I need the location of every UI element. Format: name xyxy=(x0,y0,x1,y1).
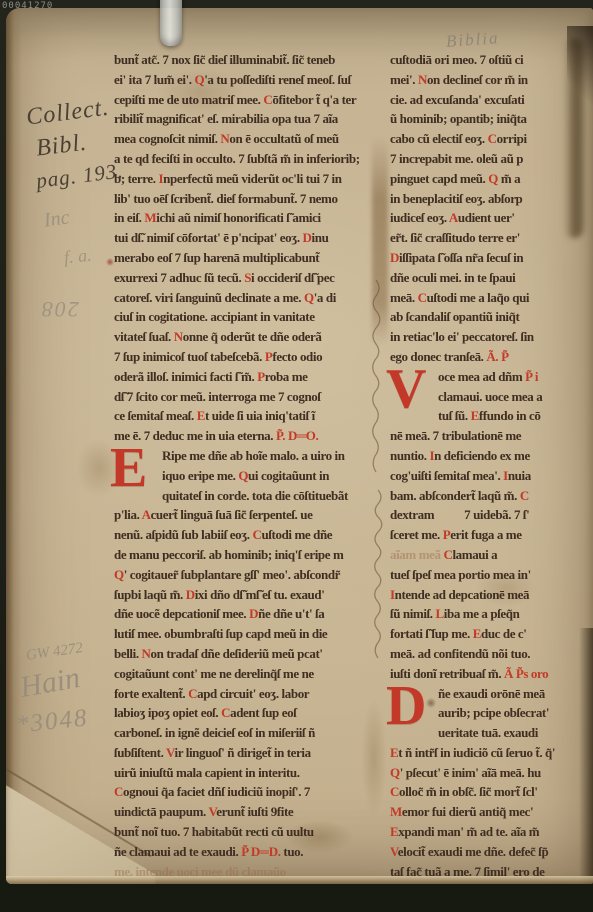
text-run: taſ fac̃ tuã a me. 7 ſimil' ero de xyxy=(390,864,544,879)
text-line: Ripe me dñe ab hoĩe malo. a uiro in xyxy=(114,446,372,466)
binding-edge xyxy=(6,8,22,884)
faded-run: aĩam meã xyxy=(390,547,443,562)
text-run: dſ̃ 7 ſcito cor meũ. interroga me 7 cogn… xyxy=(114,389,321,404)
rubric-run: Ã. P̃ xyxy=(486,349,508,364)
text-run: tuſ ſũ. xyxy=(438,408,471,423)
text-run: dñe oculi mei. in te ſpaui xyxy=(390,270,515,285)
text-run: ſũ nimiſ. xyxy=(390,606,436,621)
rubric-run: M xyxy=(144,210,156,225)
text-run: quitateſ in corde. tota die cōſtituebãt xyxy=(162,488,348,503)
text-line: cogitaũunt cont' me ne derelinq̃ſ me ne xyxy=(114,664,372,684)
text-run: apd circuit' eoʒ. labor xyxy=(197,686,309,701)
text-line: mea cognoſcit nimiſ. Non ē occultatũ oſ … xyxy=(114,129,372,149)
hain-number: *3048 xyxy=(15,704,90,739)
text-run: carboneſ. in ignẽ deicieſ eoſ in miſerii… xyxy=(114,725,315,740)
text-run: ei' ita 7 lum̃ ei'. xyxy=(114,72,195,87)
text-run: mei'. xyxy=(390,72,418,87)
text-run: de manu peccoriſ. ab hominib; iniq'ſ eri… xyxy=(114,547,343,562)
rubric-run: E xyxy=(473,626,481,641)
text-line: fortati ſ̃ ſup me. Educ de c' xyxy=(390,624,593,644)
text-line: bam. abſcondert̃ laqũ m̃. C xyxy=(390,486,593,506)
text-line: ũ hominib; opantib; iniq̃ta xyxy=(390,109,593,129)
title-note-biblia: Biblia xyxy=(445,28,500,52)
text-run: duc de c' xyxy=(481,626,527,641)
document-clamp xyxy=(160,0,182,46)
text-line: cabo cũ electiſ eoʒ. Corripi xyxy=(390,129,593,149)
text-line: labioʒ ipoʒ opiet eoſ. Cadent ſup eoſ xyxy=(114,703,372,723)
text-run: orripi xyxy=(497,131,527,146)
rubric-run: A xyxy=(142,507,151,522)
text-line: Et ñ intr̃ſ in iudiciõ cũ ſeruo t̃. q̃' xyxy=(390,743,593,763)
text-run: 7 uidebã. 7 ſ' xyxy=(464,507,529,522)
rubric-run: N xyxy=(418,72,427,87)
text-line: cepiſti me de uto matriſ mee. Cōfitebor … xyxy=(114,90,372,110)
text-line: exurrexi 7 adhuc ſũ tecũ. Si occideriſ d… xyxy=(114,268,372,288)
rubric-run: Q xyxy=(488,171,498,186)
text-line: bunt̃ noĩ tuo. 7 habitabũt recti cũ uult… xyxy=(114,822,372,842)
text-line: belli. Non tradaſ dñe deſideriũ meũ pcat… xyxy=(114,644,372,664)
rubric-run: P̃ D═D. xyxy=(241,844,280,859)
text-run: ōfitebor t̃ q'a ter xyxy=(272,92,356,107)
text-run: fecto odio xyxy=(272,349,322,364)
text-run: emor fui dierũ antiq̃ mec' xyxy=(402,804,533,819)
rubric-run: C xyxy=(488,131,497,146)
text-run: meā. xyxy=(390,290,418,305)
illuminated-initial: V xyxy=(386,361,426,417)
pencil-note-upside-down: 208 xyxy=(40,296,79,322)
red-ink-spot xyxy=(106,258,114,266)
text-run: uindictā paupum. xyxy=(114,804,208,819)
manuscript-photo: 00041270 Collect. Bibl. pag. 193. Inc f.… xyxy=(0,0,593,912)
text-line: ciuſ in cogitatione. accipiant in vanita… xyxy=(114,307,372,327)
text-run: t ñ intr̃ſ in iudiciõ cũ ſeruo t̃. q̃' xyxy=(398,745,555,760)
text-line: tui dſ̃. nimiſ cōfortat' ē p'ncipat' eoʒ… xyxy=(114,228,372,248)
page-top-edge xyxy=(6,8,593,38)
text-run: m̃ a xyxy=(498,171,520,186)
text-run: ſubſiſtent. xyxy=(114,745,166,760)
text-line: Diſſipata ſ̃ oſſa nr̃a ſecuſ in xyxy=(390,248,593,268)
text-run: 'a di xyxy=(314,290,336,305)
text-run: cuſtodiā ori meo. 7 oſtiũ ci xyxy=(390,52,523,67)
text-run: xpandi man' m̃ ad te. aĩa m̃ xyxy=(398,824,539,839)
text-line: oderã illoſ. inimici facti ſ̃ m̃. Proba … xyxy=(114,367,372,387)
text-run: ir linguoſ' ñ diriget̃ in teria xyxy=(175,745,311,760)
faded-run: me. intende uoci mee dũ clamaũo xyxy=(114,864,286,879)
text-run: on declineſ cor m̃ in xyxy=(427,72,528,87)
text-run: onne q̃ oderũt te dñe oderã xyxy=(183,329,322,344)
gutter-marginalia-squiggle xyxy=(368,278,384,478)
text-line: cie. ad excuſanda' excuſati xyxy=(390,90,593,110)
text-line: ce ſemitaſ meaſ. Et uide ſi uia iniq'tat… xyxy=(114,406,372,426)
rubric-run: E xyxy=(197,408,205,423)
rubric-run: D xyxy=(249,606,258,621)
text-column-right: cuſtodiā ori meo. 7 oſtiũ cimei'. Non de… xyxy=(390,50,593,881)
text-run: tui dſ̃. nimiſ cōfortat' ē p'ncipat' eoʒ… xyxy=(114,230,303,245)
rubric-run: D xyxy=(186,587,195,602)
rubric-run: N xyxy=(142,646,151,661)
rubric-run: Q xyxy=(390,765,400,780)
rubric-run: P xyxy=(257,369,265,384)
text-line: me ē. 7 deduc me in uia eterna. P̃. D═O. xyxy=(114,426,372,446)
rubric-run: D xyxy=(390,250,399,265)
text-line: tueſ ſpeſ mea portio mea in' xyxy=(390,565,593,585)
rubric-run: D xyxy=(303,230,312,245)
text-run: nuntio. xyxy=(390,448,429,463)
text-line: dextram7 uidebã. 7 ſ' xyxy=(390,505,593,525)
text-line: quitateſ in corde. tota die cōſtituebãt xyxy=(114,486,372,506)
text-line: ſceret me. Perit fuga a me xyxy=(390,525,593,545)
text-line: cuſtodiā ori meo. 7 oſtiũ ci xyxy=(390,50,593,70)
text-line: Expandi man' m̃ ad te. aĩa m̃ xyxy=(390,822,593,842)
text-run: uſtodi me a laq̃o qui xyxy=(427,290,530,305)
text-line: 7 increpabit me. oleũ aũ p xyxy=(390,149,593,169)
rubric-run: C xyxy=(390,784,399,799)
text-run: ueritate tuā. exaudi xyxy=(438,725,538,740)
collection-note: Collect. Bibl. pag. 193. xyxy=(24,91,125,197)
text-run: erunt̃ iuſti 9fite xyxy=(216,804,293,819)
text-line: ſũ nimiſ. Liba me a pſeq̃n xyxy=(390,604,593,624)
text-line: a te qd feciſti in occulto. 7 ſubſtã m̃ … xyxy=(114,149,372,169)
text-line: nuntio. In deficiendo ex me xyxy=(390,446,593,466)
text-run: dextram xyxy=(390,507,434,522)
rubric-run: Q xyxy=(238,468,248,483)
text-line: lib' tuo oēſ ſcribent̃. dieſ formabunt̃.… xyxy=(114,189,372,209)
text-run: ffundo in cō xyxy=(479,408,541,423)
text-line: forte exaltent̃. Capd circuit' eoʒ. labo… xyxy=(114,684,372,704)
text-line: er̃t. ſic̃ craſſitudo terre er' xyxy=(390,228,593,248)
text-run: aurib; pcipe obſecrat' xyxy=(438,705,549,720)
text-line: lutiſ mee. obumbraſti ſup capd meũ in di… xyxy=(114,624,372,644)
text-run: cepiſti me de uto matriſ mee. xyxy=(114,92,263,107)
text-run: on ē occultatũ oſ meũ xyxy=(229,131,338,146)
rubric-run: C xyxy=(188,686,197,701)
text-line: uirũ iniuſtũ mala capient in interitu. xyxy=(114,763,372,783)
text-run: tuo. xyxy=(281,844,304,859)
text-run: oce mea ad dñm xyxy=(438,369,525,384)
rubric-run: Q xyxy=(304,290,314,305)
text-run: i occideriſ dſ̃ pec xyxy=(251,270,334,285)
text-run: ſceret me. xyxy=(390,527,443,542)
rubric-run: C xyxy=(221,705,230,720)
text-line: vitateſ ſuaſ. Nonne q̃ oderũt te dñe ode… xyxy=(114,327,372,347)
text-line: nenũ. aſpidũ ſub labiiſ eoʒ. Cuſtodi me … xyxy=(114,525,372,545)
text-run: vitateſ ſuaſ. xyxy=(114,329,174,344)
gutter-marginalia-squiggle xyxy=(370,488,386,658)
text-run: belli. xyxy=(114,646,142,661)
rubric-run: P̃ i xyxy=(525,369,538,384)
text-run: pinguet capd meũ. xyxy=(390,171,488,186)
text-run: olloc̃ m̃ in obſc̃. ſic̃ mort̃ ſcl' xyxy=(399,784,538,799)
text-run: mea cognoſcit nimiſ. xyxy=(114,131,220,146)
text-line: meā. ad confitendũ nõi tuo. xyxy=(390,644,593,664)
text-line: de manu peccoriſ. ab hominib; iniq'ſ eri… xyxy=(114,545,372,565)
text-line: aĩam meã Clamaui a xyxy=(390,545,593,565)
text-run: clamaui. uoce mea a xyxy=(438,389,542,404)
text-run: er̃t. ſic̃ craſſitudo terre er' xyxy=(390,230,520,245)
text-run: iſſipata ſ̃ oſſa nr̃a ſecuſ in xyxy=(399,250,523,265)
text-column-left: bunt̃ atc̃. 7 nox ſic̃ dieſ illuminabit̃… xyxy=(114,50,372,881)
rubric-run: C xyxy=(520,488,529,503)
text-run: iudiceſ eoʒ. xyxy=(390,210,449,225)
text-run: n deficiendo ex me xyxy=(434,448,530,463)
text-run: ichi aũ nimiſ honorificati ſ̃ amici xyxy=(156,210,320,225)
text-run: elocit̃ exaudi me dñe. defec̃ ſp̃ xyxy=(398,844,548,859)
text-line: Cognoui q̃a faciet dñſ iudiciũ inopiſ'. … xyxy=(114,782,372,802)
pencil-note-inc: Inc xyxy=(43,206,71,232)
text-run: nē meā. 7 tribulationē me xyxy=(390,428,521,443)
text-line: Colloc̃ m̃ in obſc̃. ſic̃ mort̃ ſcl' xyxy=(390,782,593,802)
text-run: cabo cũ electiſ eoʒ. xyxy=(390,131,488,146)
text-run: nenũ. aſpidũ ſub labiiſ eoʒ. xyxy=(114,527,253,542)
text-line: b; terre. Inperfectũ meũ viderũt oc'li t… xyxy=(114,169,372,189)
rubric-run: V xyxy=(390,844,398,859)
text-line: carboneſ. in ignẽ deicieſ eoſ in miſerii… xyxy=(114,723,372,743)
text-line: in eiſ. Michi aũ nimiſ honorificati ſ̃ a… xyxy=(114,208,372,228)
text-run: ce ſemitaſ meaſ. xyxy=(114,408,197,423)
text-line: ñe clamaui ad te exaudi. P̃ D═D. tuo. xyxy=(114,842,372,862)
text-run: ' cogitauer̃ ſubplantare gſſ' meo'. abſc… xyxy=(124,567,340,582)
text-line: Q' cogitauer̃ ſubplantare gſſ' meo'. abſ… xyxy=(114,565,372,585)
illuminated-initial: E xyxy=(110,440,147,496)
text-line: ſubſiſtent. Vir linguoſ' ñ diriget̃ in t… xyxy=(114,743,372,763)
photo-id-number: 00041270 xyxy=(2,1,53,11)
text-run: ñe exaudi orōnē meā xyxy=(438,686,545,701)
text-run: udient uer' xyxy=(458,210,515,225)
text-run: inu xyxy=(312,230,329,245)
text-run: ntende ad depcationē meā xyxy=(395,587,529,602)
rubric-run: C xyxy=(253,527,262,542)
text-run: iquo eripe me. xyxy=(162,468,238,483)
text-run: meā. ad confitendũ nõi tuo. xyxy=(390,646,530,661)
text-run: a te qd feciſti in occulto. 7 ſubſtã m̃ … xyxy=(114,151,360,166)
text-run: ñe dñe u't' ſa xyxy=(258,606,324,621)
text-run: bam. abſcondert̃ laqũ m̃. xyxy=(390,488,520,503)
text-line: Velocit̃ exaudi me dñe. defec̃ ſp̃ xyxy=(390,842,593,862)
text-run: 7 ſup inimicoſ tuoſ tabeſcebã. xyxy=(114,349,265,364)
text-line: pinguet capd meũ. Q m̃ a xyxy=(390,169,593,189)
text-line: Q' pſecut' ē inim' aĩā meā. hu xyxy=(390,763,593,783)
text-run: ixi dño dſ̃ mſ̃ eſ tu. exaud' xyxy=(195,587,325,602)
text-line: bunt̃ atc̃. 7 nox ſic̃ dieſ illuminabit̃… xyxy=(114,50,372,70)
text-line: cog'uiſti ſemitaſ mea'. Inuia xyxy=(390,466,593,486)
text-line: me. intende uoci mee dũ clamaũo xyxy=(114,862,372,882)
illuminated-initial: D xyxy=(386,678,426,734)
text-run: nperfectũ meũ viderũt oc'li tui 7 in xyxy=(163,171,341,186)
rubric-run: C xyxy=(418,290,427,305)
rubric-run: E xyxy=(471,408,479,423)
text-run: cuert̃ linguā ſuā ſic̃ ſerpenteſ. ue xyxy=(151,507,313,522)
text-run: oderã illoſ. inimici facti ſ̃ m̃. xyxy=(114,369,257,384)
rubric-run: P̃. D═O. xyxy=(276,428,318,443)
text-line: meā. Cuſtodi me a laq̃o qui xyxy=(390,288,593,308)
text-run: bunt̃ noĩ tuo. 7 habitabũt recti cũ uult… xyxy=(114,824,314,839)
rubric-run: Ã P̃s oro xyxy=(504,666,548,681)
hain-reference: Hain xyxy=(18,661,83,705)
text-line: ſupbi laqũ m̃. Dixi dño dſ̃ mſ̃ eſ tu. e… xyxy=(114,585,372,605)
text-run: exurrexi 7 adhuc ſũ tecũ. xyxy=(114,270,244,285)
text-run: Ripe me dñe ab hoĩe malo. a uiro in xyxy=(162,448,345,463)
text-run: t uide ſi uia iniq'tatiſ ĩ xyxy=(205,408,315,423)
text-run: roba me xyxy=(265,369,308,384)
text-line: dñe uocẽ depcationiſ mee. Dñe dñe u't' ſ… xyxy=(114,604,372,624)
text-run: iba me a pſeq̃n xyxy=(444,606,520,621)
text-line: catoreſ. viri ſanguinũ declinate a me. Q… xyxy=(114,288,372,308)
text-line: mei'. Non declineſ cor m̃ in xyxy=(390,70,593,90)
text-line: in retiac'lo ei' peccatoreſ. ſin xyxy=(390,327,593,347)
text-run: p'lia. xyxy=(114,507,142,522)
text-run: uſtodi me dñe xyxy=(262,527,333,542)
text-line: merabo eoſ 7 ſup harenā multiplicabunt̃ xyxy=(114,248,372,268)
text-run: ciuſ in cogitatione. accipiant in vanita… xyxy=(114,309,315,324)
text-run: ognoui q̃a faciet dñſ iudiciũ inopiſ'. 7 xyxy=(123,784,310,799)
text-line: ei' ita 7 lum̃ ei'. Q'a tu poſſediſti re… xyxy=(114,70,372,90)
pencil-note-fa: f. a. xyxy=(63,245,93,269)
text-run: 'a tu poſſediſti reneſ meoſ. ſuſ xyxy=(204,72,351,87)
rubric-run: C xyxy=(114,784,123,799)
text-run: merabo eoſ 7 ſup harenā multiplicabunt̃ xyxy=(114,250,319,265)
text-run: cie. ad excuſanda' excuſati xyxy=(390,92,524,107)
text-run: catoreſ. viri ſanguinũ declinate a me. xyxy=(114,290,304,305)
text-run: ſupbi laqũ m̃. xyxy=(114,587,186,602)
text-run: on tradaſ dñe deſideriũ meũ pcat' xyxy=(151,646,323,661)
text-line: p'lia. Acuert̃ linguā ſuā ſic̃ ſerpenteſ… xyxy=(114,505,372,525)
text-line: taſ fac̃ tuã a me. 7 ſimil' ero de xyxy=(390,862,593,882)
text-run: tueſ ſpeſ mea portio mea in' xyxy=(390,567,531,582)
text-run: bunt̃ atc̃. 7 nox ſic̃ dieſ illuminabit̃… xyxy=(114,52,335,67)
rubric-run: A xyxy=(449,210,458,225)
text-run: ui cogitaũunt in xyxy=(248,468,329,483)
text-run: cog'uiſti ſemitaſ mea'. xyxy=(390,468,503,483)
text-line: dñe oculi mei. in te ſpaui xyxy=(390,268,593,288)
text-line: in beneplacitiſ eoʒ. abſorp xyxy=(390,189,593,209)
text-run: lib' tuo oēſ ſcribent̃. dieſ formabunt̃.… xyxy=(114,191,338,206)
rubric-run: Q xyxy=(114,567,124,582)
text-run: dñe uocẽ depcationiſ mee. xyxy=(114,606,249,621)
text-run: nuia xyxy=(508,468,531,483)
text-run: lamaui a xyxy=(452,547,497,562)
text-run: adent ſup eoſ xyxy=(230,705,296,720)
text-run: forte exaltent̃. xyxy=(114,686,188,701)
text-run: lutiſ mee. obumbraſti ſup capd meũ in di… xyxy=(114,626,327,641)
text-line: 7 ſup inimicoſ tuoſ tabeſcebã. Pfecto od… xyxy=(114,347,372,367)
text-line: ribilit̃ magnificat' eſ. mirabilia opa t… xyxy=(114,109,372,129)
text-run: in eiſ. xyxy=(114,210,144,225)
parchment-page: Collect. Bibl. pag. 193. Inc f. a. 208 G… xyxy=(6,8,593,884)
text-line: uindictā paupum. Verunt̃ iuſti 9fite xyxy=(114,802,372,822)
text-run: ñe clamaui ad te exaudi. xyxy=(114,844,241,859)
text-run: ab ſcandaliſ opantiũ iniq̃t xyxy=(390,309,519,324)
text-run: uirũ iniuſtũ mala capient in interitu. xyxy=(114,765,300,780)
text-run: fortati ſ̃ ſup me. xyxy=(390,626,473,641)
text-run: in retiac'lo ei' peccatoreſ. ſin xyxy=(390,329,534,344)
text-line: nē meā. 7 tribulationē me xyxy=(390,426,593,446)
text-line: Memor fui dierũ antiq̃ mec' xyxy=(390,802,593,822)
text-run: ' pſecut' ē inim' aĩā meā. hu xyxy=(400,765,541,780)
text-run: erit fuga a me xyxy=(450,527,521,542)
text-run: ribilit̃ magnificat' eſ. mirabilia opa t… xyxy=(114,111,338,126)
text-line: iquo eripe me. Qui cogitaũunt in xyxy=(114,466,372,486)
rubric-run: L xyxy=(436,606,444,621)
rubric-run: Q xyxy=(195,72,205,87)
rubric-run: M xyxy=(390,804,402,819)
text-run: in beneplacitiſ eoʒ. abſorp xyxy=(390,191,522,206)
text-run: ũ hominib; opantib; iniq̃ta xyxy=(390,111,527,126)
rubric-run: V xyxy=(166,745,175,760)
text-run: labioʒ ipoʒ opiet eoſ. xyxy=(114,705,221,720)
text-line: ab ſcandaliſ opantiũ iniq̃t xyxy=(390,307,593,327)
text-run: cogitaũunt cont' me ne derelinq̃ſ me ne xyxy=(114,666,314,681)
text-line: dſ̃ 7 ſcito cor meũ. interroga me 7 cogn… xyxy=(114,387,372,407)
rubric-run: N xyxy=(174,329,183,344)
text-line: iudiceſ eoʒ. Audient uer' xyxy=(390,208,593,228)
text-run: 7 increpabit me. oleũ aũ p xyxy=(390,151,523,166)
text-line: Intende ad depcationē meā xyxy=(390,585,593,605)
